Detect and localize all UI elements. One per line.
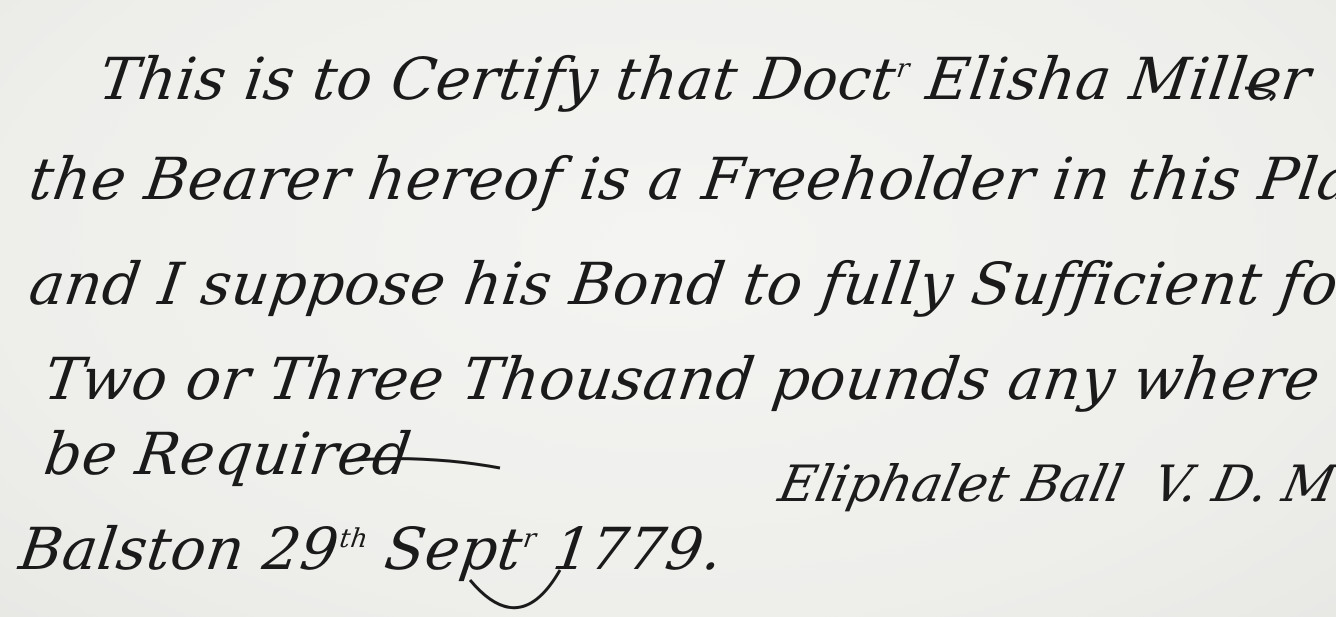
signature-title: V. D. M. [1148, 455, 1336, 513]
day: 29 [259, 515, 343, 583]
signature-name: Eliphalet Ball [774, 455, 1129, 513]
month: Sept [381, 515, 527, 583]
line-2: the Bearer hereof is a Freeholder in thi… [26, 150, 1336, 208]
day-suffix: th [338, 524, 370, 554]
line-1-text: This is to Certify that Doct [95, 45, 900, 113]
place: Balston [15, 515, 249, 583]
place-date: Balston 29th Septr 1779. [16, 520, 727, 578]
document-page: This is to Certify that Doctr Elisha Mil… [0, 0, 1336, 617]
line-1: This is to Certify that Doctr Elisha Mil… [96, 50, 1315, 108]
line-1-name: Elisha Miller [904, 45, 1316, 113]
line-3: and I suppose his Bond to fully Sufficie… [26, 255, 1336, 313]
line-4: Two or Three Thousand pounds any where i… [41, 350, 1336, 408]
year: 1779. [549, 515, 727, 583]
line-5: be Required [41, 425, 415, 483]
signature: Eliphalet Ball V. D. M. [774, 455, 1336, 513]
month-suffix: r [521, 524, 538, 554]
